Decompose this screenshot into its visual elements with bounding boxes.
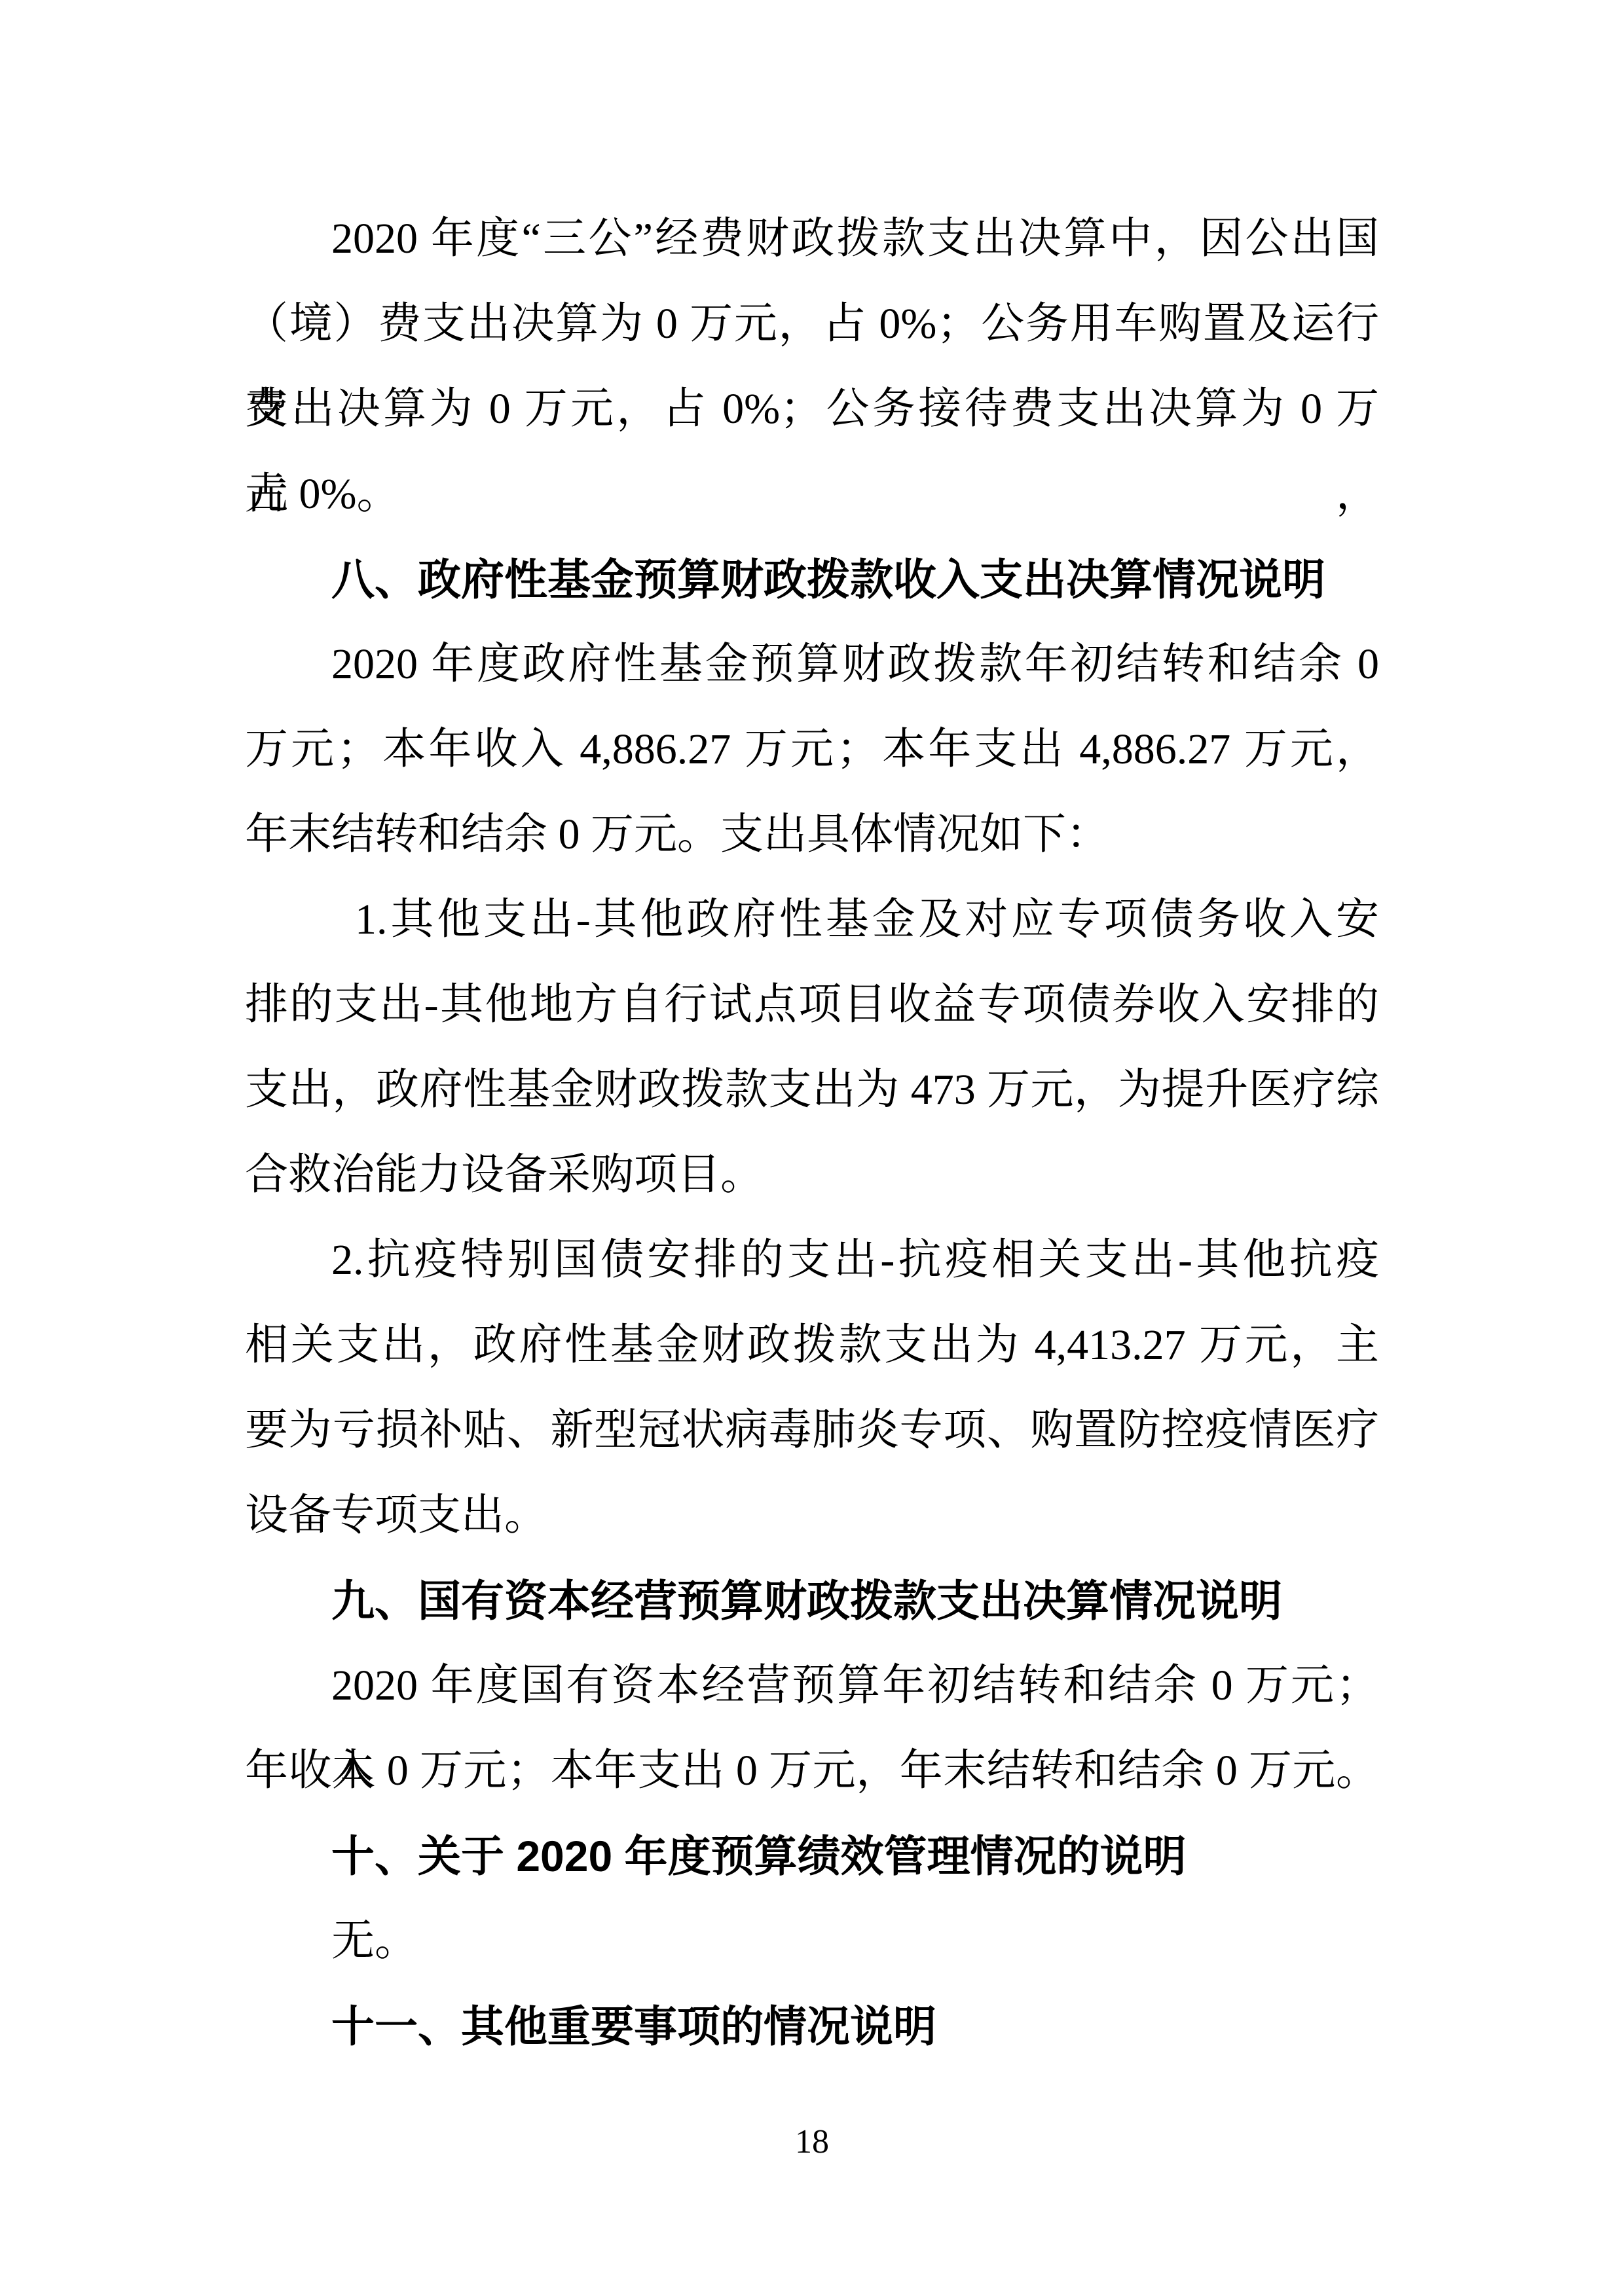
body-line: 万元；本年收入 4,886.27 万元；本年支出 4,886.27 万元， xyxy=(245,707,1379,792)
body-line: 年收入 0 万元；本年支出 0 万元，年末结转和结余 0 万元。 xyxy=(245,1728,1379,1813)
body-line: 设备专项支出。 xyxy=(245,1473,1379,1558)
document-body: 2020 年度“三公”经费财政拨款支出决算中，因公出国 （境）费支出决算为 0 … xyxy=(245,196,1379,2069)
body-line: 合救治能力设备采购项目。 xyxy=(245,1133,1379,1218)
body-line: 相关支出，政府性基金财政拨款支出为 4,413.27 万元，主 xyxy=(245,1303,1379,1388)
body-line: （境）费支出决算为 0 万元，占 0%；公务用车购置及运行费 xyxy=(245,282,1379,367)
section-8-heading: 八、政府性基金预算财政拨款收入支出决算情况说明 xyxy=(245,537,1379,622)
body-line: 2.抗疫特别国债安排的支出-抗疫相关支出-其他抗疫 xyxy=(245,1218,1379,1303)
body-line: 2020 年度政府性基金预算财政拨款年初结转和结余 0 xyxy=(245,622,1379,707)
section-10-heading: 十、关于 2020 年度预算绩效管理情况的说明 xyxy=(245,1813,1379,1899)
body-line: 支出，政府性基金财政拨款支出为 473 万元，为提升医疗综 xyxy=(245,1048,1379,1133)
body-line: 年末结转和结余 0 万元。支出具体情况如下： xyxy=(245,792,1379,877)
body-line: 1.其他支出-其他政府性基金及对应专项债务收入安 xyxy=(245,877,1379,962)
body-line: 无。 xyxy=(245,1899,1379,1984)
body-line: 支出决算为 0 万元，占 0%；公务接待费支出决算为 0 万元， xyxy=(245,367,1379,452)
body-line: 要为亏损补贴、新型冠状病毒肺炎专项、购置防控疫情医疗 xyxy=(245,1388,1379,1473)
body-line: 2020 年度国有资本经营预算年初结转和结余 0 万元；本 xyxy=(245,1643,1379,1728)
section-11-heading: 十一、其他重要事项的情况说明 xyxy=(245,1984,1379,2069)
body-line: 排的支出-其他地方自行试点项目收益专项债券收入安排的 xyxy=(245,962,1379,1048)
page-number: 18 xyxy=(0,2123,1624,2162)
section-9-heading: 九、国有资本经营预算财政拨款支出决算情况说明 xyxy=(245,1558,1379,1643)
body-line: 2020 年度“三公”经费财政拨款支出决算中，因公出国 xyxy=(245,196,1379,282)
